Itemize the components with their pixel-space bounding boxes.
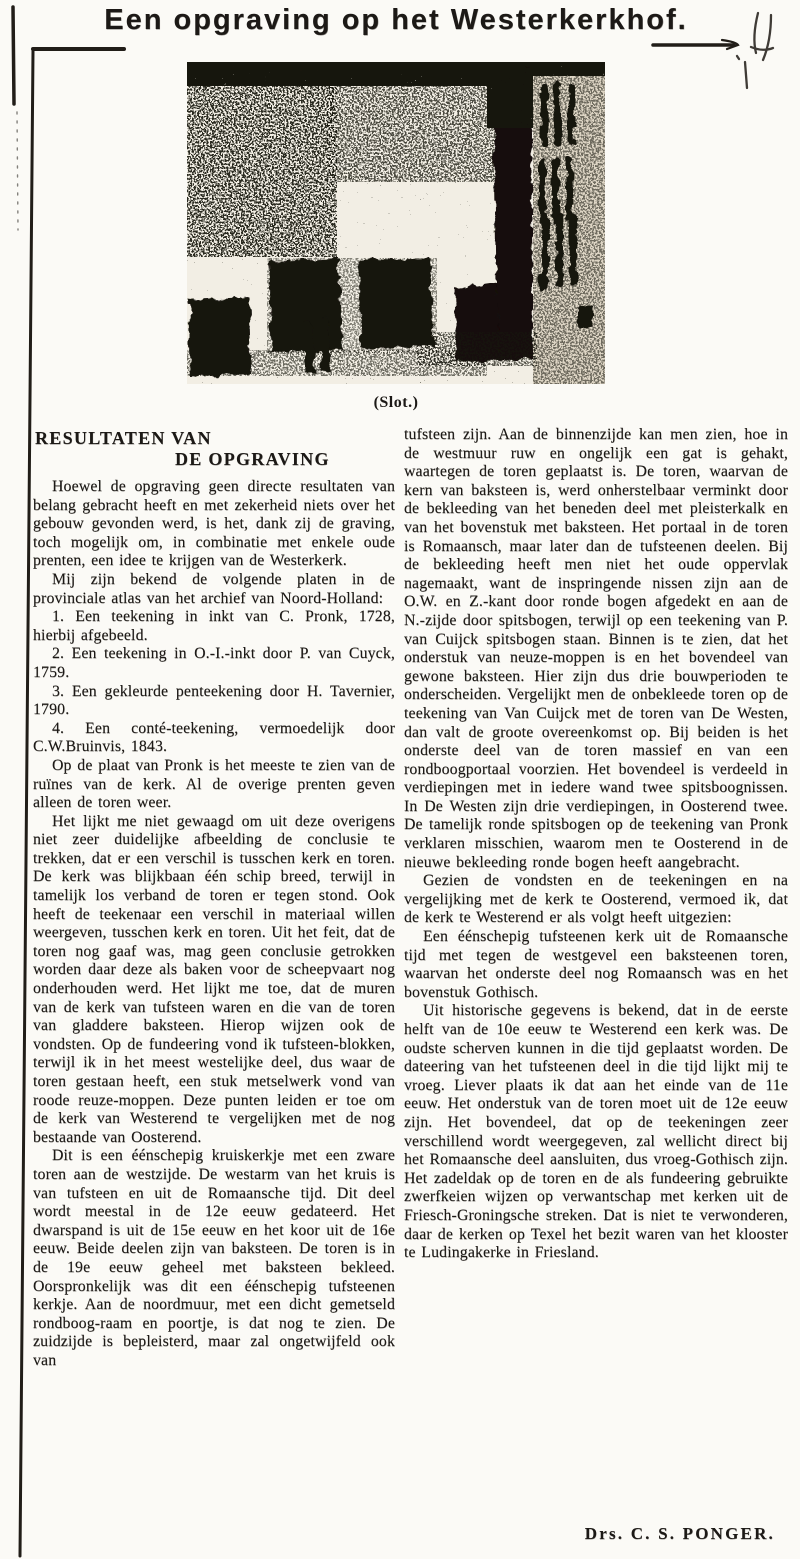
photo-masonry-tower [533, 62, 605, 384]
paragraph: Mij zijn bekend de volgende platen in de… [33, 571, 395, 608]
left-column: Hoewel de opgraving geen directe resulta… [33, 478, 395, 1559]
paragraph: Uit historische gegevens is bekend, dat … [404, 1002, 788, 1262]
paragraph: Dit is een éénschepig kruiskerkje met ee… [33, 1147, 395, 1370]
section-heading: RESULTATEN VAN DE OPGRAVING [35, 428, 330, 470]
article-title: Een opgraving op het Westerkerkhof. [40, 4, 752, 37]
left-edge-line-dotted [17, 112, 18, 230]
paragraph: Gezien de vondsten en de teekeningen en … [404, 872, 788, 928]
right-column: tufsteen zijn. Aan de binnenzijde kan me… [404, 426, 788, 1522]
paragraph: 3. Een gekleurde penteekening door H. Ta… [33, 683, 395, 720]
author-signature: Drs. C. S. PONGER. [430, 1524, 775, 1544]
paragraph: Een éénschepig tufsteenen kerk uit de Ro… [404, 928, 788, 1002]
paragraph: Hoewel de opgraving geen directe resulta… [33, 478, 395, 571]
paragraph: Het lijkt me niet gewaagd om uit deze ov… [33, 813, 395, 1148]
section-heading-line1: RESULTATEN VAN [35, 428, 330, 449]
article-border-left [20, 51, 33, 1556]
left-edge-line [13, 7, 14, 104]
slot-caption: (Slot.) [187, 394, 605, 412]
paragraph: tufsteen zijn. Aan de binnenzijde kan me… [404, 426, 788, 872]
paragraph: 2. Een teekening in O.-I.-inkt door P. v… [33, 645, 395, 682]
title-underline-arrow-tip [722, 40, 738, 49]
paragraph: 1. Een teekening in inkt van C. Pronk, 1… [33, 608, 395, 645]
section-heading-line2: DE OPGRAVING [175, 449, 330, 470]
paragraph: 4. Een conté-teekening, vermoedelijk doo… [33, 720, 395, 757]
paragraph: Op de plaat van Pronk is het meeste te z… [33, 757, 395, 813]
excavation-photo [187, 62, 605, 384]
